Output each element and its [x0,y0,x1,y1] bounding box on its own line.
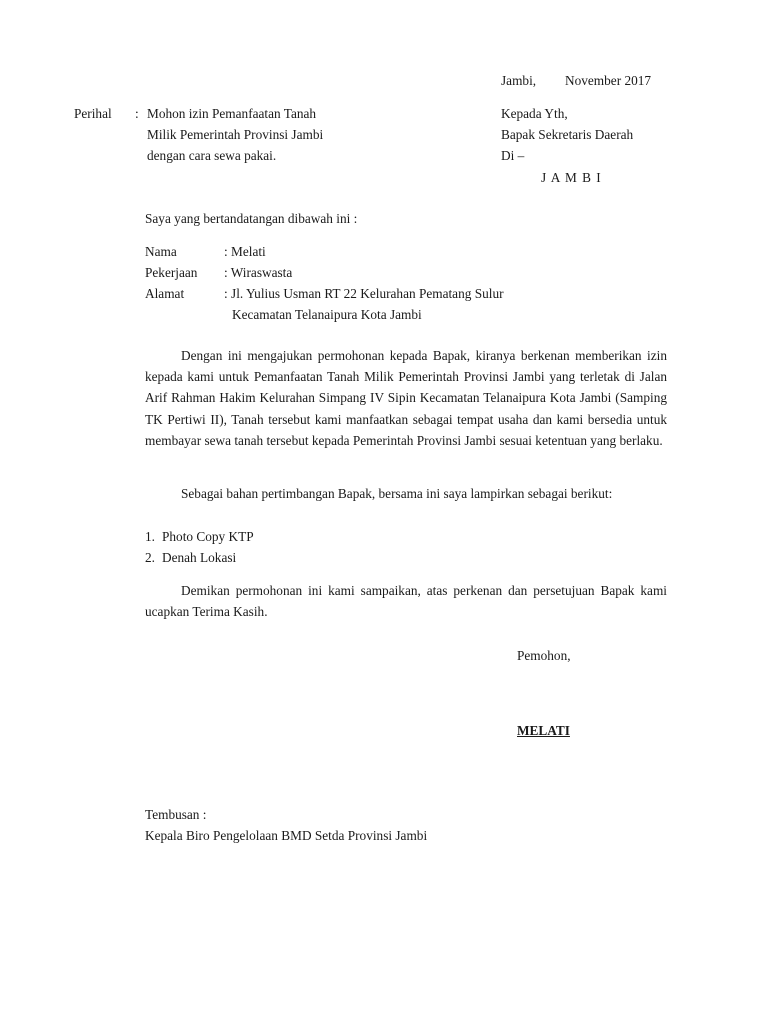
subject-line: dengan cara sewa pakai. [147,149,276,162]
subject-line: Mohon izin Pemanfaatan Tanah [147,107,316,120]
recipient-line: Kepada Yth, [501,107,568,120]
list-number: 1. [145,530,155,543]
place: Jambi, [501,74,536,87]
body-paragraph-request: Dengan ini mengajukan permohonan kepada … [145,345,667,451]
subject-line: Milik Pemerintah Provinsi Jambi [147,128,323,141]
subject-colon: : [135,107,139,120]
paragraph-text: Sebagai bahan pertimbangan Bapak, bersam… [181,486,612,501]
signature-closing: Pemohon, [517,649,571,662]
recipient-city: J A M B I [541,171,602,184]
list-item: Photo Copy KTP [162,530,254,543]
letter-date: November 2017 [565,74,651,87]
identity-value: : Wiraswasta [224,266,292,279]
paragraph-text: Demikan permohonan ini kami sampaikan, a… [145,583,667,619]
subject-label: Perihal [74,107,112,120]
cc-label: Tembusan : [145,808,206,821]
paragraph-text: Dengan ini mengajukan permohonan kepada … [145,348,667,448]
identity-label: Pekerjaan [145,266,197,279]
address-line-2: Kecamatan Telanaipura Kota Jambi [232,308,422,321]
list-item: Denah Lokasi [162,551,236,564]
body-paragraph-attachments: Sebagai bahan pertimbangan Bapak, bersam… [145,483,667,504]
list-number: 2. [145,551,155,564]
cc-recipient: Kepala Biro Pengelolaan BMD Setda Provin… [145,829,427,842]
intro-text: Saya yang bertandatangan dibawah ini : [145,212,357,225]
identity-value: : Melati [224,245,266,258]
identity-label: Alamat [145,287,184,300]
identity-value: : Jl. Yulius Usman RT 22 Kelurahan Pemat… [224,287,504,300]
recipient-line: Bapak Sekretaris Daerah [501,128,633,141]
body-paragraph-closing: Demikan permohonan ini kami sampaikan, a… [145,580,667,622]
identity-label: Nama [145,245,177,258]
recipient-line: Di – [501,149,524,162]
signature-name: MELATI [517,724,570,737]
